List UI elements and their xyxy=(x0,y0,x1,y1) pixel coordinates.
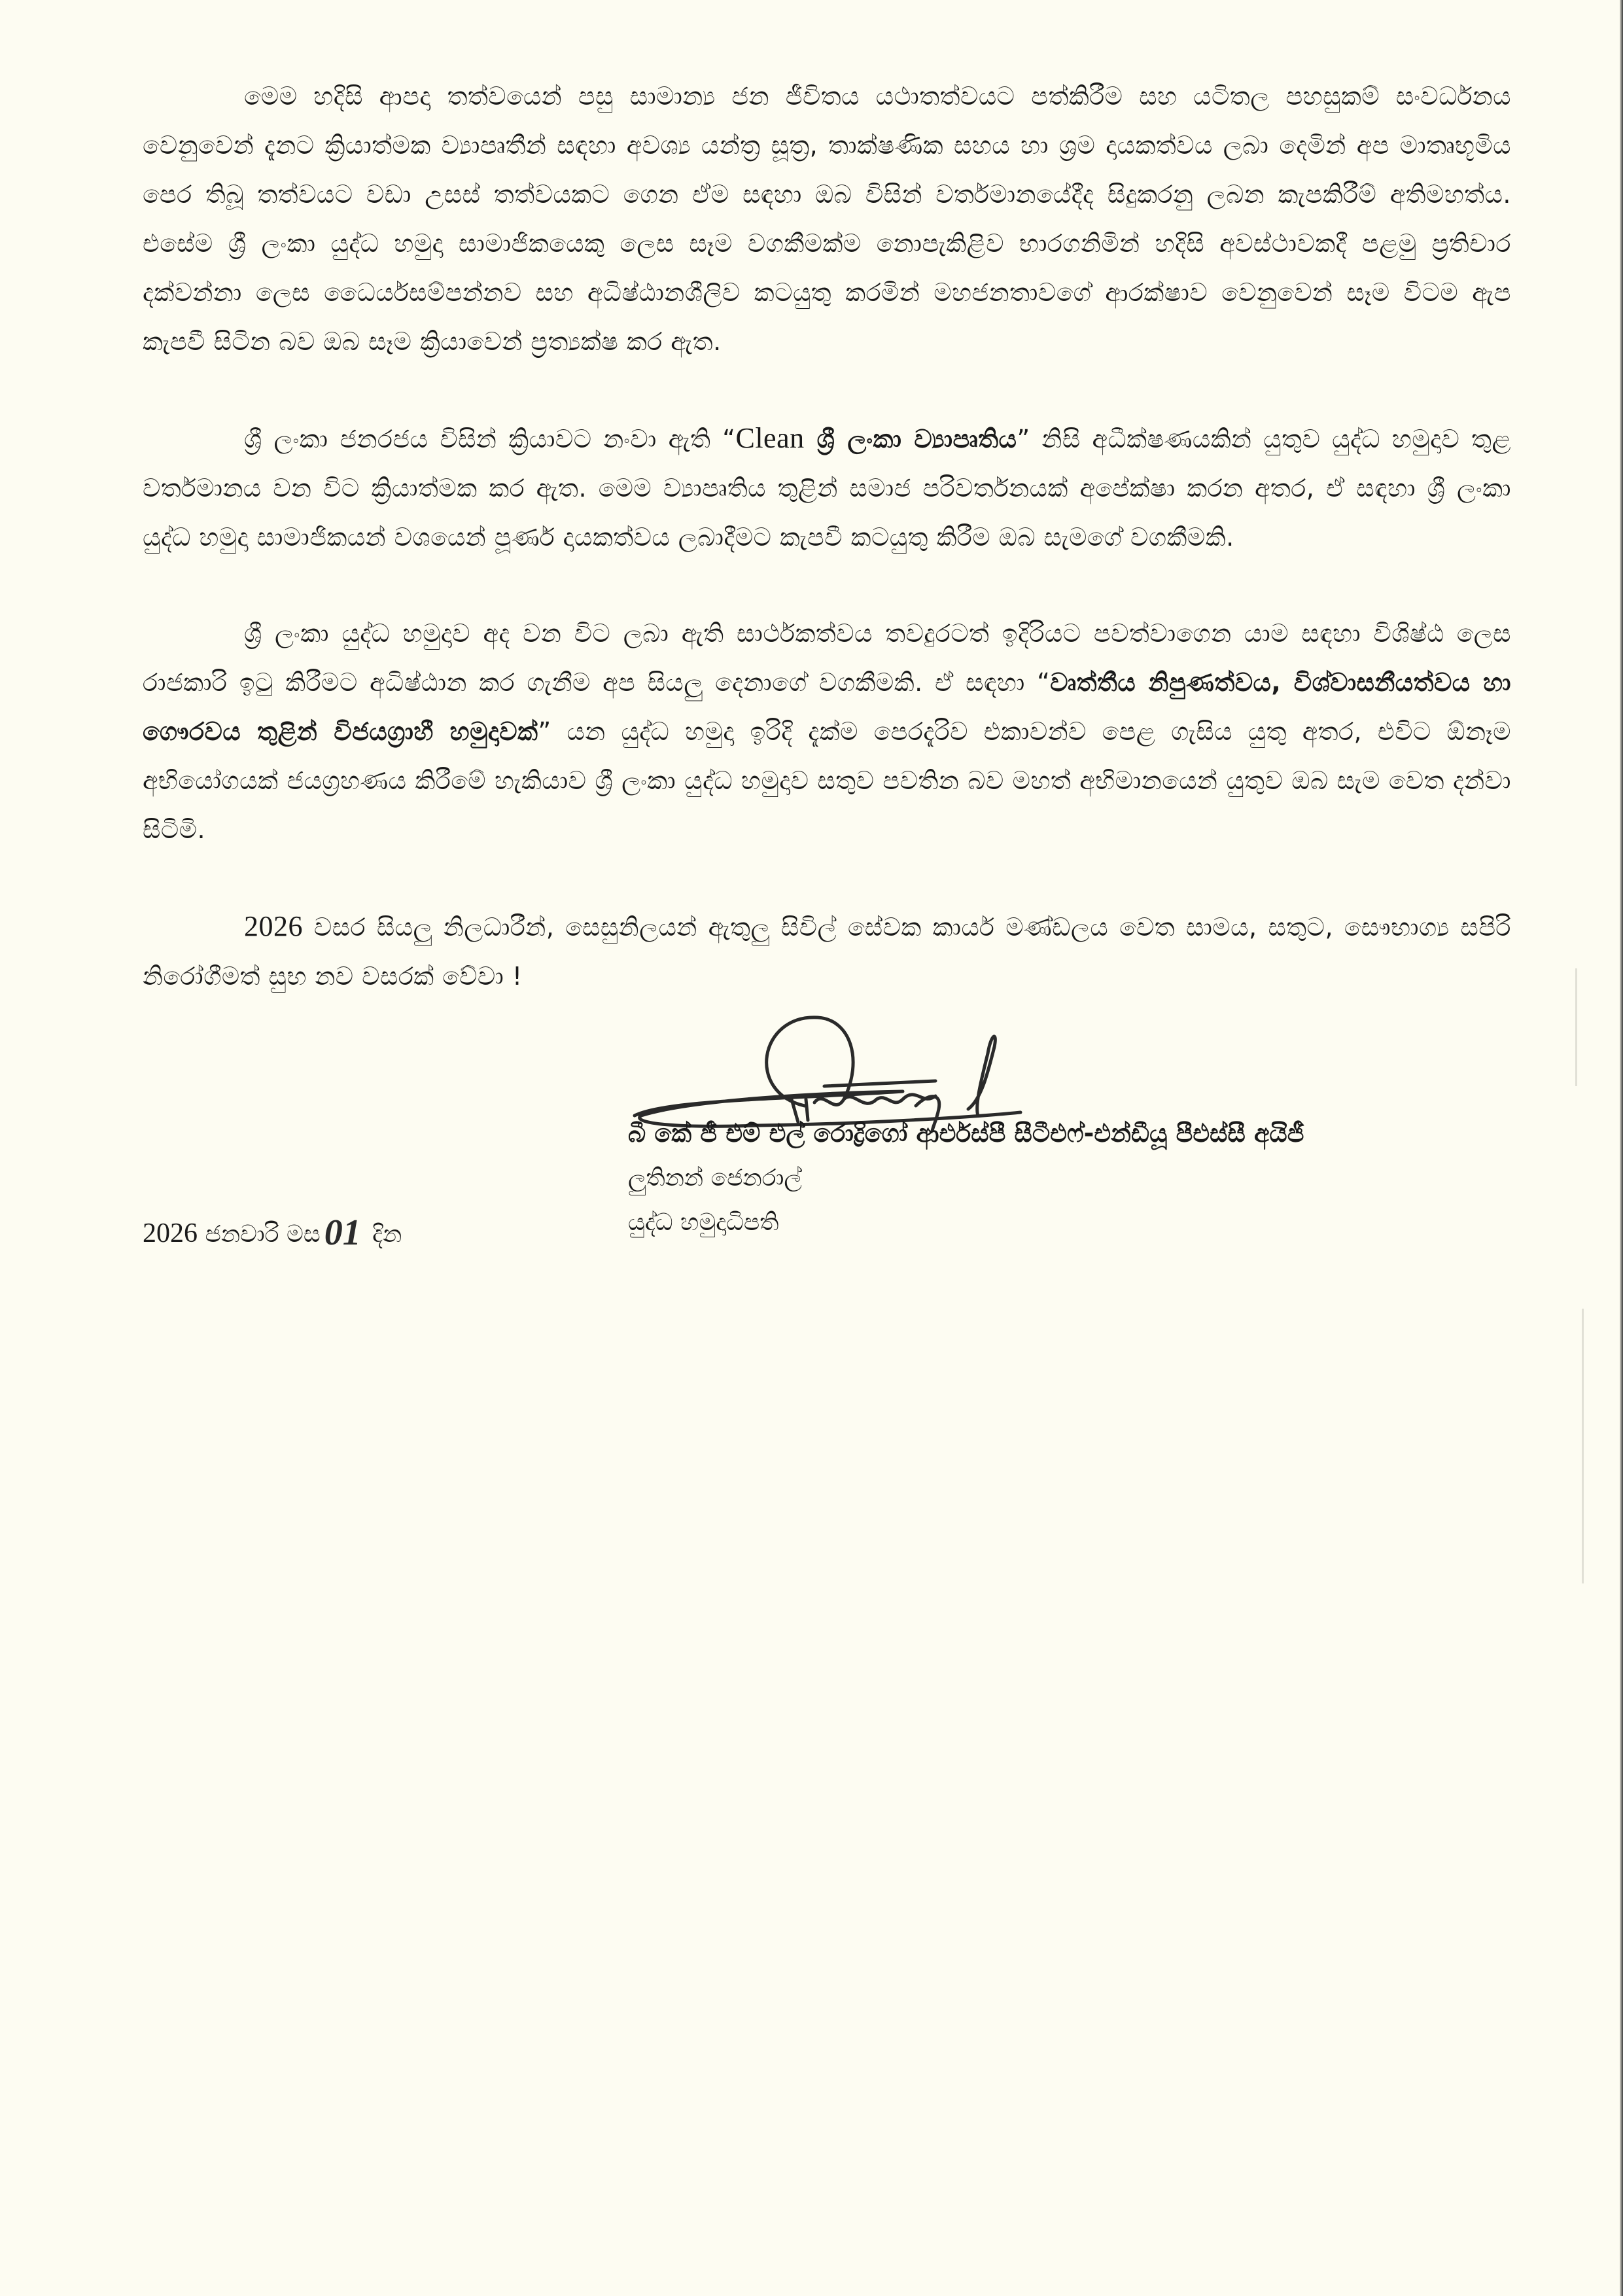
paragraph-3: ශ්‍රී ලංකා යුද්ධ හමුදාව අද වන විට ලබා ඇත… xyxy=(143,609,1511,855)
signatory-name: බී කේ ජී එම් එල් රොද්‍රිගෝ ආර්එස්පී සීටී… xyxy=(628,1119,1304,1148)
paragraph-2: ශ්‍රී ලංකා ජනරජය විසින් ක්‍රියාවට නංවා ඇ… xyxy=(143,414,1511,562)
letter-body: මෙම හදිසි ආපදා තත්වයෙන් පසු සාමාන්‍ය ජන … xyxy=(143,72,1511,1048)
date-month: ජනවාරි මස xyxy=(198,1221,321,1248)
year-2026: 2026 xyxy=(244,910,303,942)
clean-word: Clean xyxy=(735,422,804,454)
scan-edge xyxy=(1620,0,1623,2296)
paragraph-4: 2026 වසර සියලු නිලධාරීන්, සෙසුනිලයන් ඇතු… xyxy=(143,902,1511,1001)
scan-smudge xyxy=(1575,968,1577,1086)
date-suffix: දින xyxy=(365,1221,402,1248)
signatory-rank: ලුතිනන් ජෙනරාල් xyxy=(628,1165,802,1192)
project-name: ශ්‍රී ලංකා ව්‍යාපෘතිය xyxy=(805,425,1017,453)
signature-icon xyxy=(628,1001,1138,1132)
signatory-title: යුද්ධ හමුදාධිපති xyxy=(628,1209,778,1237)
date-day-handwritten: 01 xyxy=(324,1212,361,1253)
signature-block: බී කේ ජී එම් එල් රොද්‍රිගෝ ආර්එස්පී සීටී… xyxy=(628,1001,1544,1263)
date-line: 2026 ජනවාරි මස01 දින xyxy=(143,1209,402,1251)
paragraph-2-before: ශ්‍රී ලංකා ජනරජය විසින් ක්‍රියාවට නංවා ඇ… xyxy=(244,425,735,453)
scan-smudge xyxy=(1582,1309,1584,1583)
paragraph-1: මෙම හදිසි ආපදා තත්වයෙන් පසු සාමාන්‍ය ජන … xyxy=(143,72,1511,366)
date-year: 2026 xyxy=(143,1218,198,1248)
paragraph-4-text: වසර සියලු නිලධාරීන්, සෙසුනිලයන් ඇතුලු සි… xyxy=(143,913,1511,991)
